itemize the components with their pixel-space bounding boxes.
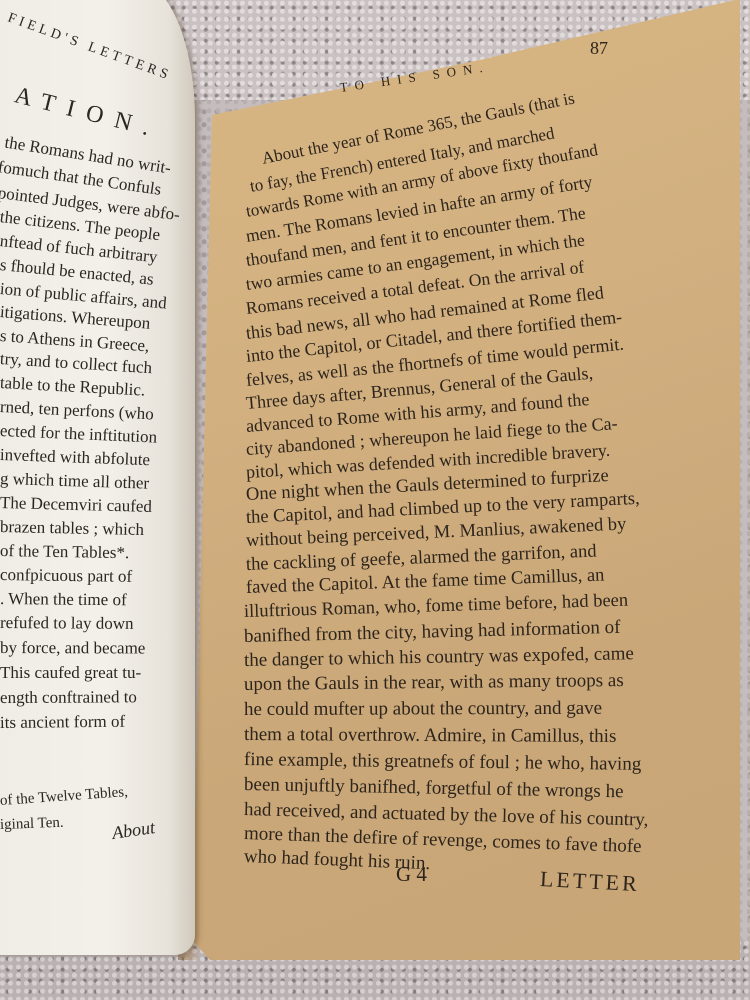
left-page-text: FIELD'S LETTERS ATION. ; the Romans had … — [0, 0, 195, 955]
body-line: ength conftrained to — [0, 688, 137, 706]
left-running-head: FIELD'S LETTERS — [5, 10, 173, 84]
body-line: This caufed great tu- — [0, 664, 141, 681]
body-line: been unjuftly banifhed, forgetful of the… — [244, 775, 624, 801]
left-catchword: About — [111, 817, 157, 844]
body-line: g which time all other — [0, 470, 149, 492]
body-line: The Decemviri caufed — [0, 494, 152, 515]
body-line: rned, ten perfons (who — [0, 398, 154, 422]
catchword: LETTER — [539, 866, 640, 897]
body-line: the danger to which his country was expo… — [244, 644, 634, 670]
body-line: he could mufter up about the country, an… — [244, 699, 602, 719]
page-number: 87 — [590, 38, 608, 59]
footnote-line: iginal Ten. — [0, 816, 64, 833]
body-line: upon the Gauls in the rear, with as many… — [244, 671, 624, 694]
body-line: by force, and became — [0, 639, 145, 657]
body-line: confpicuous part of — [0, 566, 132, 585]
body-line: invefted with abfolute — [0, 446, 150, 468]
body-line: of the Ten Tables*. — [0, 542, 129, 561]
body-line: its ancient form of — [0, 713, 125, 731]
section-title: ATION. — [12, 82, 164, 144]
body-line: banifhed from the city, having had infor… — [244, 618, 621, 646]
body-line: table to the Republic. — [0, 374, 146, 399]
left-page: FIELD'S LETTERS ATION. ; the Romans had … — [0, 0, 195, 955]
signature-mark: G 4 — [396, 862, 427, 887]
body-line: ected for the inftitution — [0, 422, 157, 446]
body-line: refufed to lay down — [0, 614, 134, 632]
footnote-line: of the Twelve Tables, — [0, 785, 128, 809]
body-line: fine example, this greatnefs of foul ; h… — [244, 750, 642, 774]
body-line: them a total overthrow. Admire, in Camil… — [244, 725, 616, 746]
body-line: . When the time of — [0, 590, 127, 608]
running-head: TO HIS SON. — [339, 59, 491, 96]
body-line: brazen tables ; which — [0, 518, 144, 538]
